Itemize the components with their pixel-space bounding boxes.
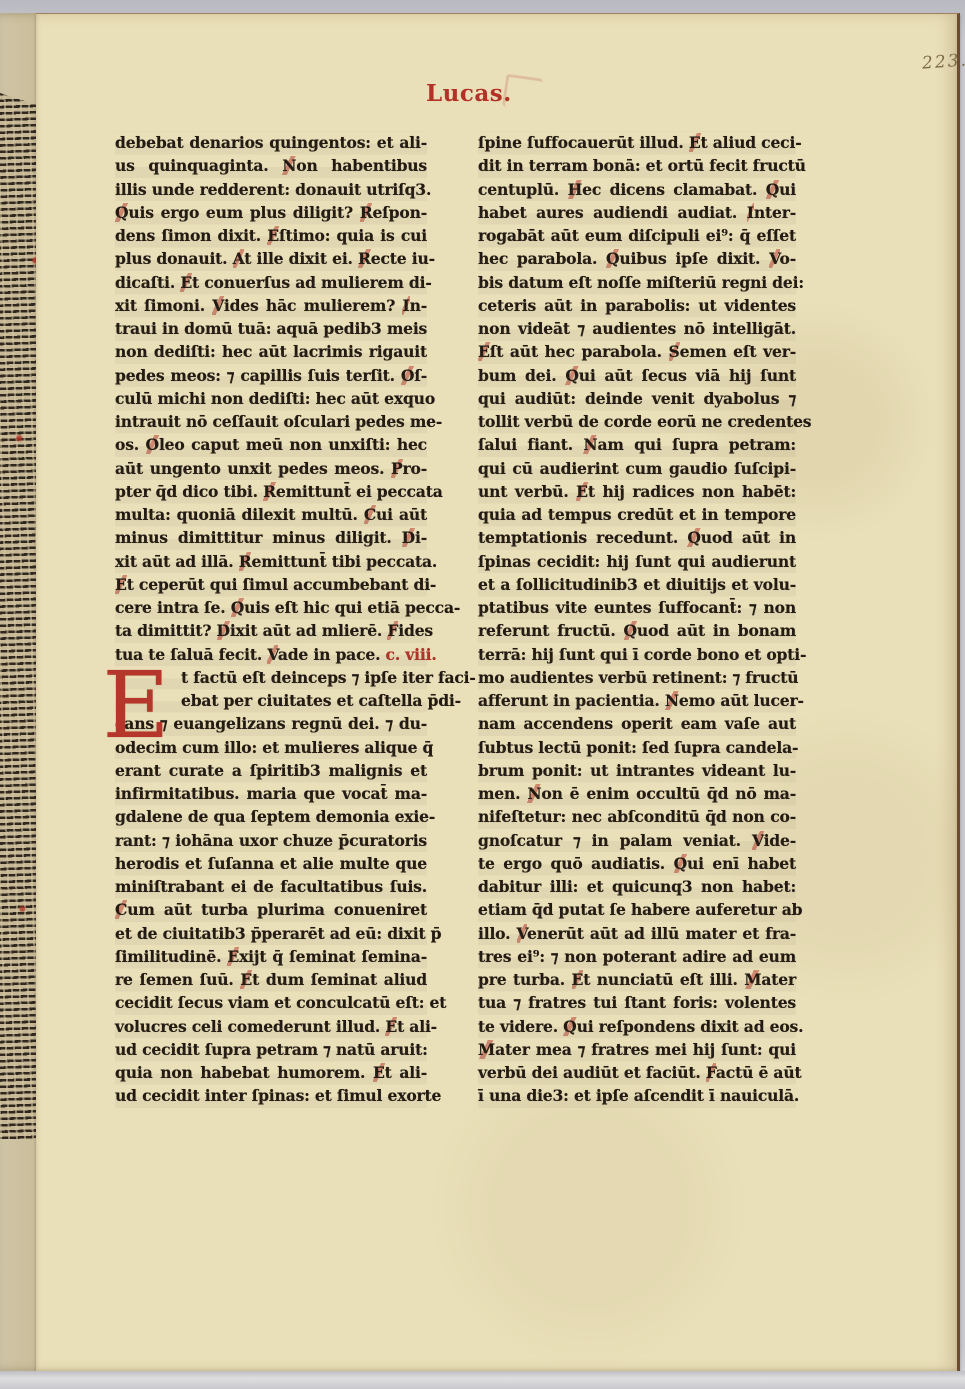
text-line: brum ponit: ut intrantes videant lu- (478, 759, 796, 782)
text-line: non videāt ⁊ audientes nō intelligāt. (478, 317, 796, 340)
text-line: qui audiūt: deinde venit dyabolus ⁊ (478, 387, 796, 410)
rubricated-capital: R (239, 552, 252, 571)
rubricated-capital: Q (231, 598, 244, 617)
text-line: unt verbū. Et hij radices non habēt: (478, 480, 796, 503)
rubricated-capital: O (401, 366, 414, 385)
text-line: os. Oleo caput meū non unxiſti: hec (115, 433, 427, 456)
rubricated-capital: N (282, 156, 296, 175)
rubricated-capital: C (115, 900, 127, 919)
text-line: temptationis recedunt. Quod aūt in (478, 526, 796, 549)
text-line: pter q̄d dico tibi. Remittunt̄ ei peccat… (115, 480, 427, 503)
rubricated-capital: V (769, 249, 779, 268)
text-line: Eſt aūt hec parabola. Semen eſt ver- (478, 340, 796, 363)
text-column-right: ſpine ſuffocauerūt illud. Et aliud ceci-… (478, 131, 796, 1108)
text-column-left: E debebat denarios quingentos: et ali-us… (115, 131, 427, 1108)
rubricated-capital: E (240, 970, 252, 989)
rubricated-capital: E (576, 482, 588, 501)
text-line: centuplū. Hec dicens clamabat. Qui (478, 178, 796, 201)
rubricated-capital: D (217, 621, 230, 640)
drop-cap-initial: E (93, 658, 179, 762)
text-line: tollit verbū de corde eorū ne credentes (478, 410, 796, 433)
rubricated-capital: I (402, 296, 409, 315)
rubricated-capital: V (752, 831, 764, 850)
text-line: xit ſimoni. Vides hāc mulierem? In- (115, 294, 427, 317)
text-line: quia ad tempus credūt et in tempore (478, 503, 796, 526)
text-line: ud cecidit inter ſpinas: et ſimul exorte (115, 1084, 427, 1107)
folio-number: 223. (921, 50, 965, 73)
text-line: afferunt in pacientia. Nemo aūt lucer- (478, 689, 796, 712)
rubricated-capital: M (478, 1040, 495, 1059)
text-line: Cum aūt turba plurima conueniret (115, 898, 427, 921)
text-line: minus dimittitur minus diligit. Di- (115, 526, 427, 549)
text-line: mo audientes verbū retinent: ⁊ fructū (478, 666, 796, 689)
rubricated-capital: R (360, 203, 373, 222)
rubricated-capital: Q (563, 1017, 576, 1036)
text-line: terrā: hij ſunt qui ī corde bono et opti… (478, 643, 796, 666)
text-line: tres ei⁹: ⁊ non poterant adire ad eum (478, 945, 796, 968)
rubricated-capital: E (373, 1063, 385, 1082)
text-line: ſubtus lectū ponit: ſed ſupra candela- (478, 736, 796, 759)
rubricated-capital: O (146, 435, 159, 454)
rubricated-capital: R (358, 249, 371, 268)
rubricated-capital: N (527, 784, 541, 803)
text-line: te ergo quō audiatis. Qui enī habet (478, 852, 796, 875)
text-line: ceteris aūt in parabolis: ut videntes (478, 294, 796, 317)
rubricated-capital: E (478, 342, 490, 361)
text-line: erant curate a ſpiritib3 malignis et (115, 759, 427, 782)
rubricated-capital: S (669, 342, 680, 361)
rubricated-capital: V (212, 296, 224, 315)
text-line: dicaſti. Et conuerſus ad mulierem di- (115, 271, 427, 294)
rubricated-capital: Q (115, 203, 128, 222)
text-line: quia non habebat humorem. Et ali- (115, 1061, 427, 1084)
chapter-marker: c. viii. (386, 645, 437, 664)
text-line: xit aūt ad illā. Remittunt̄ tibi peccata… (115, 550, 427, 573)
text-line: illis unde redderent: donauit utriſq3. (115, 178, 427, 201)
ink-offset-mark (502, 74, 543, 112)
text-line: qui cū audierint cum gaudio ſuſcipi- (478, 457, 796, 480)
text-line: herodis et ſuſanna et alie multe que (115, 852, 427, 875)
text-line: cecidit ſecus viam et conculcatū eſt: et (115, 991, 427, 1014)
rubricated-capital: E (115, 575, 127, 594)
text-line: etiam q̄d putat ſe habere auferetur ab (478, 898, 796, 921)
text-line: cere intra ſe. Quis eſt hic qui etiā pec… (115, 596, 427, 619)
text-line: ſimilitudinē. Exijt q̄ ſeminat ſemina- (115, 945, 427, 968)
text-line: non dediſti: hec aūt lacrimis rigauit (115, 340, 427, 363)
text-line: ſpinas cecidit: hij ſunt qui audierunt (478, 550, 796, 573)
rubricated-capital: Q (766, 180, 779, 199)
text-line: Mater mea ⁊ fratres mei hij ſunt: qui (478, 1038, 796, 1061)
text-line: men. Non ē enim occultū q̄d nō ma- (478, 782, 796, 805)
text-line: pedes meos: ⁊ capillis ſuis terſit. Oſ- (115, 364, 427, 387)
rubricated-capital: A (233, 249, 245, 268)
text-line: dit in terram bonā: et ortū fecit fructū (478, 154, 796, 177)
text-line: traui in domū tuā: aquā pedib3 meis (115, 317, 427, 340)
text-line: us quinquaginta. Non habentibus (115, 154, 427, 177)
rubricated-capital: F (387, 621, 398, 640)
rubricated-capital: N (665, 691, 679, 710)
rubricated-capital: V (267, 645, 277, 664)
text-line: intrauit nō ceſſauit oſculari pedes me- (115, 410, 427, 433)
rubricated-capital: E (689, 133, 701, 152)
text-line: et a ſollicitudinib3 et diuitijs et volu… (478, 573, 796, 596)
rubricated-capital: Q (565, 366, 578, 385)
text-line: nam accendens operit eam vaſe aut (478, 712, 796, 735)
text-line: infirmitatibus. maria que vocat̄ ma- (115, 782, 427, 805)
rubricated-capital: E (267, 226, 279, 245)
text-line: volucres celi comederunt illud. Et ali- (115, 1015, 427, 1038)
text-line: ptatibus vite euntes ſuffocant̄: ⁊ non (478, 596, 796, 619)
text-line: dens ſimon dixit. Eſtimo: quia is cui (115, 224, 427, 247)
text-line: ta dimittit? Dixit aūt ad mlierē. Fides (115, 619, 427, 642)
rubricated-capital: E (385, 1017, 397, 1036)
text-line: re ſemen ſuū. Et dum ſeminat aliud (115, 968, 427, 991)
rubricated-capital: H (568, 180, 583, 199)
rubricated-capital: I (747, 203, 754, 222)
rubricated-capital: E (227, 947, 239, 966)
rubricated-capital: Q (624, 621, 637, 640)
rubricated-capital: P (391, 459, 403, 478)
text-line: debebat denarios quingentos: et ali- (115, 131, 427, 154)
rubricated-capital: E (180, 273, 192, 292)
text-line: Quis ergo eum plus diligit? Reſpon- (115, 201, 427, 224)
text-line: rant: ⁊ iohāna uxor chuze p̄curatoris (115, 829, 427, 852)
rubricated-capital: Q (687, 528, 700, 547)
text-line: aūt ungento unxit pedes meos. Pro- (115, 457, 427, 480)
text-line: gdalene de qua ſeptem demonia exie- (115, 805, 427, 828)
rubricated-capital: D (402, 528, 415, 547)
text-line: verbū dei audiūt et faciūt. Factū ē aūt (478, 1061, 796, 1084)
text-line: ſalui fiant. Nam qui ſupra petram: (478, 433, 796, 456)
text-line: et de ciuitatib3 p̄perarēt ad eū: dixit … (115, 922, 427, 945)
text-line: te videre. Qui reſpondens dixit ad eos. (478, 1015, 796, 1038)
text-line: ī una die3: et ipſe aſcendit ī nauiculā. (478, 1084, 796, 1107)
text-line: nifeſtetur: nec abſconditū q̄d non co- (478, 805, 796, 828)
rubricated-capital: Q (606, 249, 619, 268)
text-line: referunt fructū. Quod aūt in bonam (478, 619, 796, 642)
rubricated-capital: M (744, 970, 761, 989)
text-line: ſpine ſuffocauerūt illud. Et aliud ceci- (478, 131, 796, 154)
rubricated-capital: E (572, 970, 584, 989)
running-title: Lucas. (426, 80, 512, 107)
text-line: dabitur illi: et quicunq3 non habet: (478, 875, 796, 898)
rubricated-capital: R (263, 482, 276, 501)
text-line: pre turba. Et nunciatū eſt illi. Mater (478, 968, 796, 991)
rubricated-capital: F (706, 1063, 716, 1082)
rubricated-capital: C (364, 505, 376, 524)
text-line: bis datum eſt noſſe miſteriū regni dei: (478, 271, 796, 294)
text-line: gnoſcatur ⁊ in palam veniat. Vide- (478, 829, 796, 852)
text-line: habet aures audiendi audiat. Inter- (478, 201, 796, 224)
text-line: ud cecidit ſupra petram ⁊ natū aruit: (115, 1038, 427, 1061)
text-line: bum dei. Qui aūt ſecus viā hij ſunt (478, 364, 796, 387)
text-line: rogabāt aūt eum diſcipuli ei⁹: q̄ eſſet (478, 224, 796, 247)
rubricated-capital: Q (674, 854, 687, 873)
text-line: multa: quoniā dilexit multū. Cui aūt (115, 503, 427, 526)
text-line: tua ⁊ fratres tui ſtant foris: volentes (478, 991, 796, 1014)
text-line: illo. Venerūt aūt ad illū mater et fra- (478, 922, 796, 945)
text-line: miniſtrabant ei de facultatibus ſuis. (115, 875, 427, 898)
photograph-of-manuscript: Lucas. 223. E debebat denarios quingento… (0, 0, 965, 1389)
backdrop-bottom-band (0, 1371, 965, 1389)
text-line: culū michi non dediſti: hec aūt exquo (115, 387, 427, 410)
text-line: Et ceperūt qui ſimul accumbebant di- (115, 573, 427, 596)
text-line: plus donauit. At ille dixit ei. Recte iu… (115, 247, 427, 270)
rubricated-capital: V (517, 924, 527, 943)
text-line: hec parabola. Quibus ipſe dixit. Vo- (478, 247, 796, 270)
rubricated-capital: N (583, 435, 597, 454)
